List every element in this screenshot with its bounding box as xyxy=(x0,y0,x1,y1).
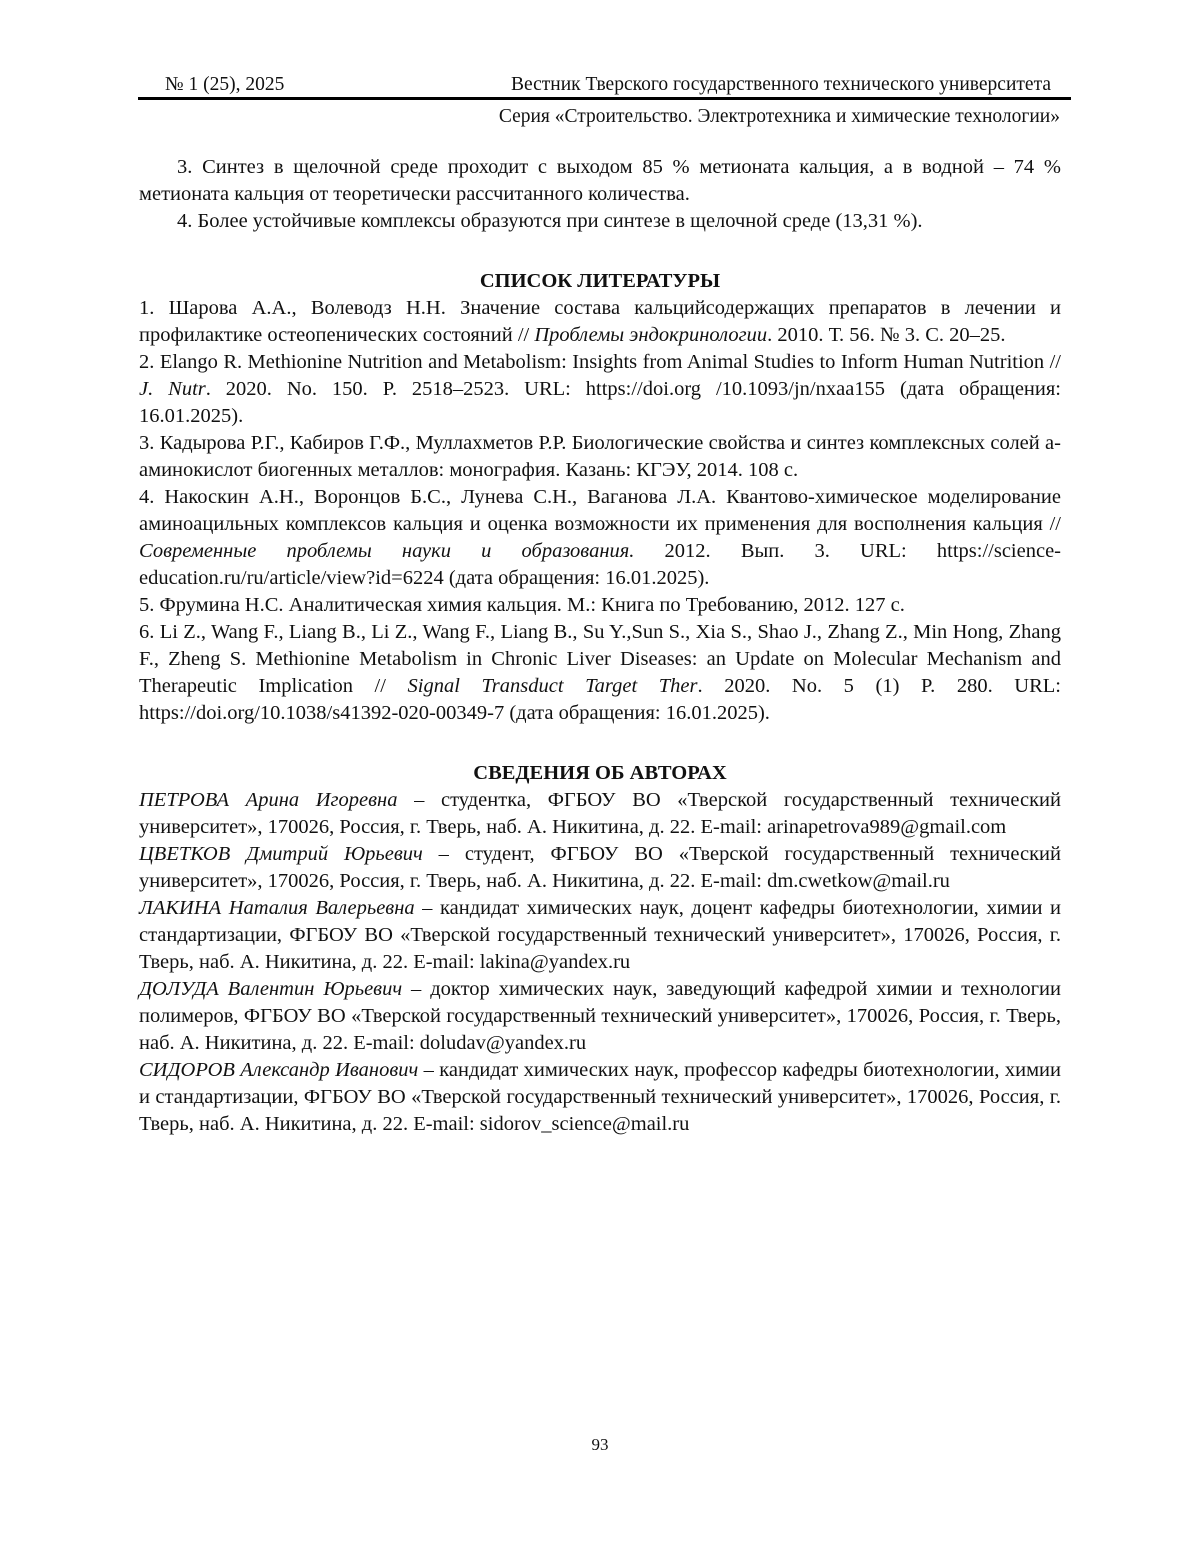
author-entry: ПЕТРОВА Арина Игоревна – студентка, ФГБО… xyxy=(139,787,1061,841)
journal-name: Проблемы эндокринологии xyxy=(534,324,767,346)
header-rule xyxy=(138,97,1071,100)
conclusion-item: 4. Более устойчивые комплексы образуются… xyxy=(139,208,1061,235)
author-name: ПЕТРОВА Арина Игоревна xyxy=(139,789,397,811)
reference-item: 3. Кадырова Р.Г., Кабиров Г.Ф., Муллахме… xyxy=(139,430,1061,484)
reference-item: 5. Фрумина Н.С. Аналитическая химия каль… xyxy=(139,592,1061,619)
document-page: № 1 (25), 2025 Вестник Тверского государ… xyxy=(0,0,1200,1553)
journal-name: J. Nutr xyxy=(139,378,206,400)
issue-number: № 1 (25), 2025 xyxy=(165,72,284,98)
reference-item: 6. Li Z., Wang F., Liang B., Li Z., Wang… xyxy=(139,619,1061,727)
running-header: № 1 (25), 2025 Вестник Тверского государ… xyxy=(139,72,1061,98)
page-body: 3. Синтез в щелочной среде проходит с вы… xyxy=(139,154,1061,1138)
journal-title: Вестник Тверского государственного техни… xyxy=(511,72,1051,98)
reference-item: 4. Накоскин А.Н., Воронцов Б.С., Лунева … xyxy=(139,484,1061,592)
author-name: ЛАКИНА Наталия Валерьевна xyxy=(139,897,415,919)
authors-heading: СВЕДЕНИЯ ОБ АВТОРАХ xyxy=(139,760,1061,787)
author-name: СИДОРОВ Александр Иванович xyxy=(139,1059,418,1081)
journal-series: Серия «Строительство. Электротехника и х… xyxy=(499,104,1060,130)
page-number: 93 xyxy=(0,1434,1200,1456)
reference-item: 1. Шарова А.А., Волеводз Н.Н. Значение с… xyxy=(139,295,1061,349)
reference-item: 2. Elango R. Methionine Nutrition and Me… xyxy=(139,349,1061,430)
author-entry: ДОЛУДА Валентин Юрьевич – доктор химичес… xyxy=(139,976,1061,1057)
author-entry: ЛАКИНА Наталия Валерьевна – кандидат хим… xyxy=(139,895,1061,976)
conclusion-item: 3. Синтез в щелочной среде проходит с вы… xyxy=(139,154,1061,208)
journal-name: Современные проблемы науки и образования… xyxy=(139,540,634,562)
author-list: ПЕТРОВА Арина Игоревна – студентка, ФГБО… xyxy=(139,787,1061,1138)
author-name: ДОЛУДА Валентин Юрьевич xyxy=(139,978,402,1000)
journal-name: Signal Transduct Target Ther xyxy=(408,675,698,697)
author-entry: СИДОРОВ Александр Иванович – кандидат хи… xyxy=(139,1057,1061,1138)
author-entry: ЦВЕТКОВ Дмитрий Юрьевич – студент, ФГБОУ… xyxy=(139,841,1061,895)
author-name: ЦВЕТКОВ Дмитрий Юрьевич xyxy=(139,843,423,865)
reference-list: 1. Шарова А.А., Волеводз Н.Н. Значение с… xyxy=(139,295,1061,727)
references-heading: СПИСОК ЛИТЕРАТУРЫ xyxy=(139,268,1061,295)
